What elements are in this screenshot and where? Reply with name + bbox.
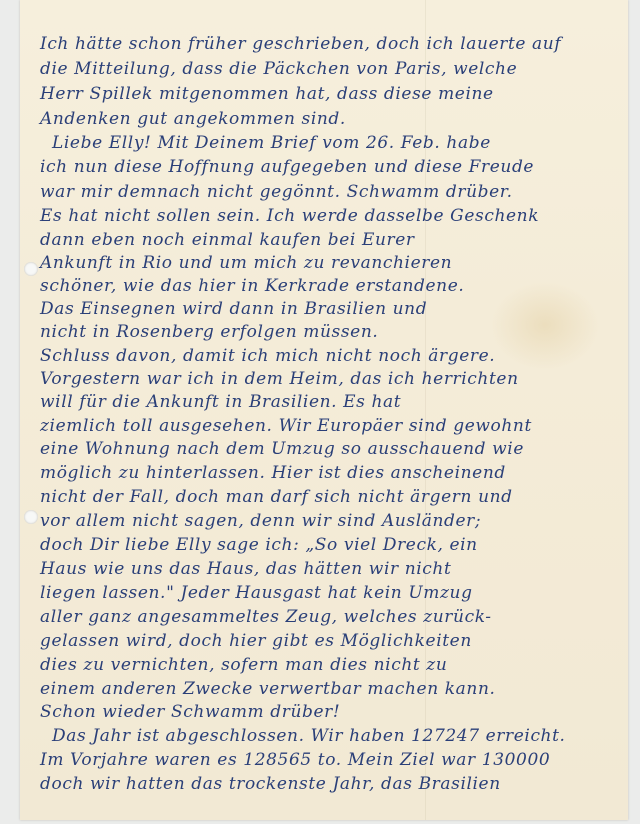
letter-line-32: doch wir hatten das trockenste Jahr, das… (40, 774, 501, 794)
punch-hole-top (24, 262, 38, 276)
letter-line-28: einem anderen Zwecke verwertbar machen k… (40, 679, 496, 699)
letter-line-20: nicht der Fall, doch man darf sich nicht… (40, 487, 513, 507)
letter-line-3: Herr Spillek mitgenommen hat, dass diese… (40, 84, 494, 104)
letter-line-21: vor allem nicht sagen, denn wir sind Aus… (40, 511, 481, 531)
letter-line-9: dann eben noch einmal kaufen bei Eurer (40, 230, 415, 250)
letter-line-5: Liebe Elly! Mit Deinem Brief vom 26. Feb… (52, 133, 491, 153)
letter-line-27: dies zu vernichten, sofern man dies nich… (40, 655, 447, 675)
letter-line-11: schöner, wie das hier in Kerkrade erstan… (40, 276, 464, 296)
letter-line-12: Das Einsegnen wird dann in Brasilien und (40, 299, 427, 319)
letter-line-1: Ich hätte schon früher geschrieben, doch… (40, 34, 561, 54)
letter-line-24: liegen lassen." Jeder Hausgast hat kein … (40, 583, 473, 603)
letter-line-4: Andenken gut angekommen sind. (40, 109, 346, 129)
letter-line-23: Haus wie uns das Haus, das hätten wir ni… (40, 559, 451, 579)
letter-line-13: nicht in Rosenberg erfolgen müssen. (40, 322, 378, 342)
letter-line-14: Schluss davon, damit ich mich nicht noch… (40, 346, 495, 366)
letter-line-29: Schon wieder Schwamm drüber! (40, 702, 340, 722)
letter-line-25: aller ganz angesammeltes Zeug, welches z… (40, 607, 492, 627)
letter-line-10: Ankunft in Rio und um mich zu revanchier… (40, 253, 452, 273)
letter-line-26: gelassen wird, doch hier gibt es Möglich… (40, 631, 472, 651)
letter-line-16: will für die Ankunft in Brasilien. Es ha… (40, 392, 401, 412)
letter-line-17: ziemlich toll ausgesehen. Wir Europäer s… (40, 416, 532, 436)
letter-line-22: doch Dir liebe Elly sage ich: „So viel D… (40, 535, 478, 555)
letter-line-7: war mir demnach nicht gegönnt. Schwamm d… (40, 182, 513, 202)
letter-line-2: die Mitteilung, dass die Päckchen von Pa… (40, 59, 517, 79)
letter-line-15: Vorgestern war ich in dem Heim, das ich … (40, 369, 519, 389)
letter-line-30: Das Jahr ist abgeschlossen. Wir haben 12… (52, 726, 566, 746)
letter-line-6: ich nun diese Hoffnung aufgegeben und di… (40, 157, 534, 177)
letter-line-8: Es hat nicht sollen sein. Ich werde dass… (40, 206, 539, 226)
punch-hole-bottom (24, 510, 38, 524)
letter-line-18: eine Wohnung nach dem Umzug so ausschaue… (40, 439, 524, 459)
letter-line-19: möglich zu hinterlassen. Hier ist dies a… (40, 463, 506, 483)
letter-line-31: Im Vorjahre waren es 128565 to. Mein Zie… (40, 750, 550, 770)
